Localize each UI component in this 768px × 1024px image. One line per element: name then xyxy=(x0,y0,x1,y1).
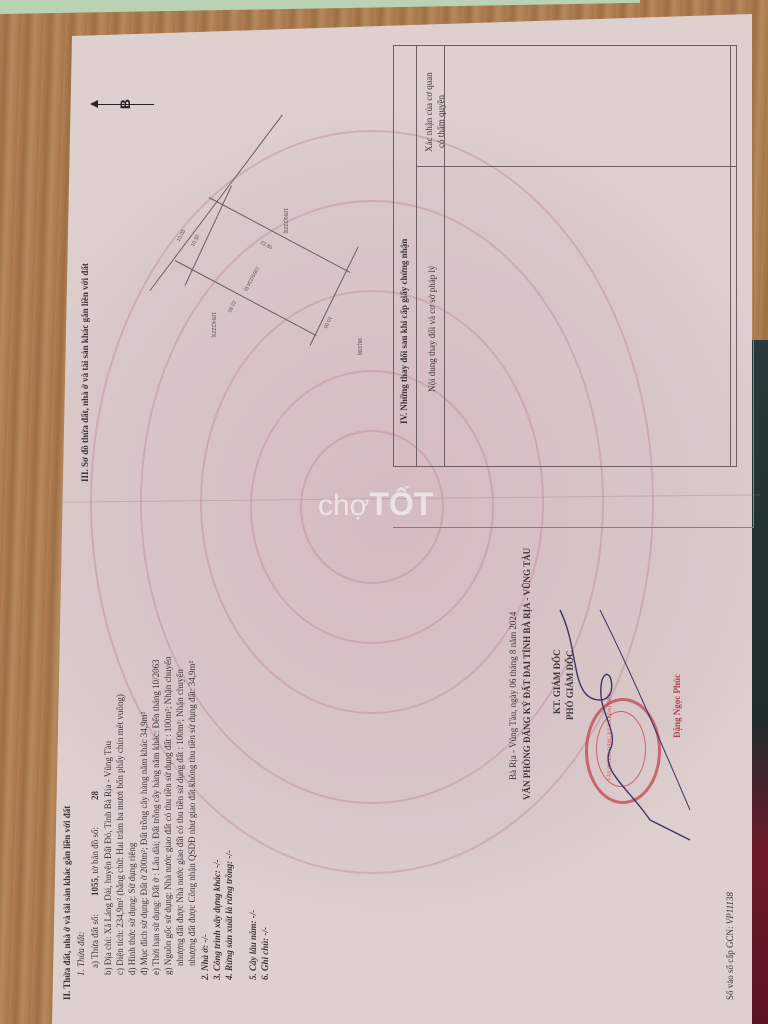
registry-number: Số vào sổ cấp GCN: VP11138 xyxy=(725,892,737,1000)
item-dd-purpose: đ) Mục đích sử dụng: Đất ở 200m²; Đất tr… xyxy=(139,712,151,975)
section-iii-title: III. Sơ đồ thửa đất, nhà ở và tài sản kh… xyxy=(80,263,92,482)
section-iv-col-confirm-1: Xác nhận của cơ quan xyxy=(424,72,436,152)
map-sheet-label: , tờ bản đồ số: xyxy=(90,827,100,878)
registry-label: Số vào sổ cấp GCN: xyxy=(725,927,735,1001)
map-sheet-number: 28 xyxy=(90,791,100,800)
item-a-text: a) Thửa đất số: xyxy=(90,914,100,968)
neighbor-plot-top: 1056(2223) xyxy=(282,208,288,234)
chotot-watermark: chợTỐT xyxy=(318,486,433,523)
issuing-office: VĂN PHÒNG ĐĂNG KÝ ĐẤT ĐAI TỈNH BÀ RỊA - … xyxy=(522,548,534,800)
item-g-origin-1: g) Nguồn gốc sử dụng: Nhà nước giao đất … xyxy=(163,656,175,975)
watermark-part2: TỐT xyxy=(369,486,433,522)
neighbor-plot-bottom: 1054(2223) xyxy=(210,312,216,338)
table-divider-row xyxy=(416,166,736,167)
item-d-usage-form: d) Hình thức sử dụng: Sử dụng riêng xyxy=(127,843,139,975)
item-g-origin-2: nhượng đất được Nhà nước giao đất có thu… xyxy=(175,669,187,966)
item-2-house: 2. Nhà ở: -/- xyxy=(200,934,212,980)
table-divider-right xyxy=(730,46,731,466)
item-6-notes: 6. Ghi chú: -/- xyxy=(260,927,272,980)
item-a-label: a) Thửa đất số: 1055, tờ bản đồ số: 28 xyxy=(90,791,102,968)
item-3-construction: 3. Công trình xây dựng khác: -/- xyxy=(212,859,224,980)
item-e-duration: e) Thời hạn sử dụng: Đất ở : Lâu dài; Đấ… xyxy=(151,659,163,975)
signature-scribble xyxy=(540,590,720,850)
neighbor-plot-back: 96(339) xyxy=(356,338,362,355)
item-4-forest: 4. Rừng sản xuất là rừng trồng: -/- xyxy=(224,850,236,980)
item-c-area: c) Diện tích: 234,9m² (bằng chữ: Hai tră… xyxy=(115,694,127,975)
parcel-number: 1055 xyxy=(90,878,100,896)
registry-value: VP11138 xyxy=(725,892,735,924)
item-g-origin-3: nhượng đất được Công nhận QSDĐ như giao … xyxy=(187,661,199,966)
item-5-perennial: 5. Cây lâu năm: -/- xyxy=(248,910,260,980)
item-1-title: 1. Thửa đất: xyxy=(76,931,88,976)
section-iv-col-confirm-2: có thẩm quyền xyxy=(436,95,448,148)
watermark-part1: chợ xyxy=(318,489,369,522)
table-divider-title xyxy=(416,46,417,466)
item-b-address: b) Địa chỉ: Xã Láng Dài, huyện Đất Đỏ, T… xyxy=(103,741,115,975)
section-iv-col-content: Nội dung thay đổi và cơ sở pháp lý xyxy=(427,265,439,392)
section-ii-title: II. Thửa đất, nhà ở và tài sản khác gắn … xyxy=(62,806,74,1000)
section-iv-title: IV. Những thay đổi sau khi cấp giấy chứn… xyxy=(399,239,411,424)
place-date: Bà Rịa - Vũng Tàu, ngày 06 tháng 8 năm 2… xyxy=(508,612,520,780)
north-label: B xyxy=(117,99,133,109)
